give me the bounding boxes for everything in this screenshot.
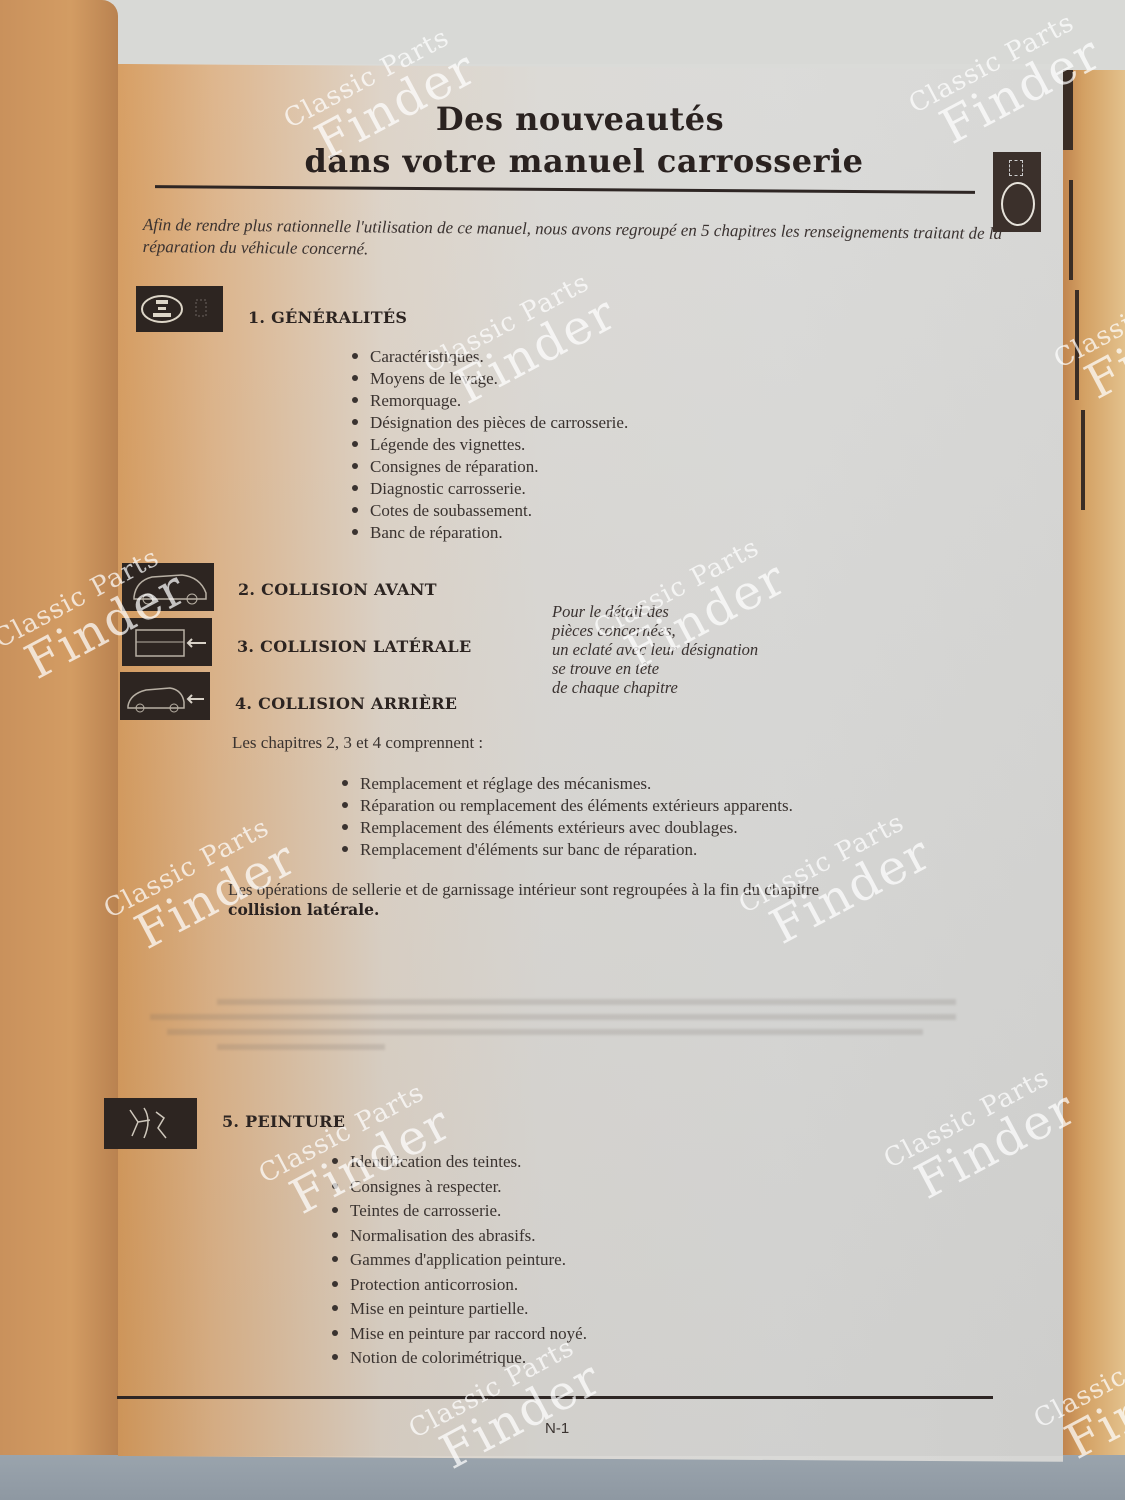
list-item: Teintes de carrosserie. xyxy=(332,1199,587,1224)
list-item: Gammes d'application peinture. xyxy=(332,1248,587,1273)
page-number: N-1 xyxy=(545,1420,569,1437)
list-item: Notion de colorimétrique. xyxy=(332,1346,587,1371)
book-page-edges xyxy=(1055,70,1125,1470)
sellerie-paragraph: Les opérations de sellerie et de garniss… xyxy=(228,880,998,920)
chapters-list: Remplacement et réglage des mécanismes. … xyxy=(342,773,793,861)
list-item: Remplacement des éléments extérieurs ave… xyxy=(342,817,793,839)
rear-collision-car-icon xyxy=(120,672,210,720)
collision-note: Pour le détail des pièces concernées, un… xyxy=(552,602,758,697)
list-item: Consignes à respecter. xyxy=(332,1175,587,1200)
list-item: Cotes de soubassement. xyxy=(352,500,628,522)
list-item: Protection anticorrosion. xyxy=(332,1273,587,1298)
list-item: Légende des vignettes. xyxy=(352,434,628,456)
list-item: Normalisation des abrasifs. xyxy=(332,1224,587,1249)
list-item: Caractéristiques. xyxy=(352,346,628,368)
list-item: Remplacement d'éléments sur banc de répa… xyxy=(342,839,793,861)
list-item: Diagnostic carrosserie. xyxy=(352,478,628,500)
list-item: Moyens de levage. xyxy=(352,368,628,390)
chapter-tab xyxy=(993,152,1041,232)
intro-paragraph: Afin de rendre plus rationnelle l'utilis… xyxy=(143,214,1003,267)
specs-oval-icon xyxy=(1001,182,1035,226)
specs-oval-icon xyxy=(136,286,223,332)
bleed-through-text xyxy=(150,990,990,1060)
section-heading-generalites: 1. GÉNÉRALITÉS xyxy=(248,308,407,327)
section-heading-collision-laterale: 3. COLLISION LATÉRALE xyxy=(237,637,471,656)
list-item: Mise en peinture par raccord noyé. xyxy=(332,1322,587,1347)
section-heading-peinture: 5. PEINTURE xyxy=(222,1112,345,1131)
chapters-intro: Les chapitres 2, 3 et 4 comprennent : xyxy=(232,733,483,753)
generalites-list: Caractéristiques. Moyens de levage. Remo… xyxy=(352,346,628,544)
peinture-list: Identification des teintes. Consignes à … xyxy=(332,1150,587,1371)
front-collision-car-icon xyxy=(122,563,214,611)
page-title: Des nouveautés dans votre manuel carross… xyxy=(280,98,880,182)
section-heading-collision-avant: 2. COLLISION AVANT xyxy=(238,580,437,599)
paint-spray-icon xyxy=(104,1098,197,1149)
list-item: Mise en peinture partielle. xyxy=(332,1297,587,1322)
table-surface xyxy=(0,1455,1125,1500)
list-item: Réparation ou remplacement des éléments … xyxy=(342,795,793,817)
list-item: Consignes de réparation. xyxy=(352,456,628,478)
section-heading-collision-arriere: 4. COLLISION ARRIÈRE xyxy=(235,694,457,713)
square-icon xyxy=(1009,160,1023,176)
footer-divider xyxy=(117,1396,993,1399)
side-collision-car-icon xyxy=(122,618,212,666)
list-item: Identification des teintes. xyxy=(332,1150,587,1175)
list-item: Remplacement et réglage des mécanismes. xyxy=(342,773,793,795)
list-item: Banc de réparation. xyxy=(352,522,628,544)
list-item: Désignation des pièces de carrosserie. xyxy=(352,412,628,434)
book-cover-left xyxy=(0,0,118,1500)
list-item: Remorquage. xyxy=(352,390,628,412)
background-wall xyxy=(0,0,1125,70)
